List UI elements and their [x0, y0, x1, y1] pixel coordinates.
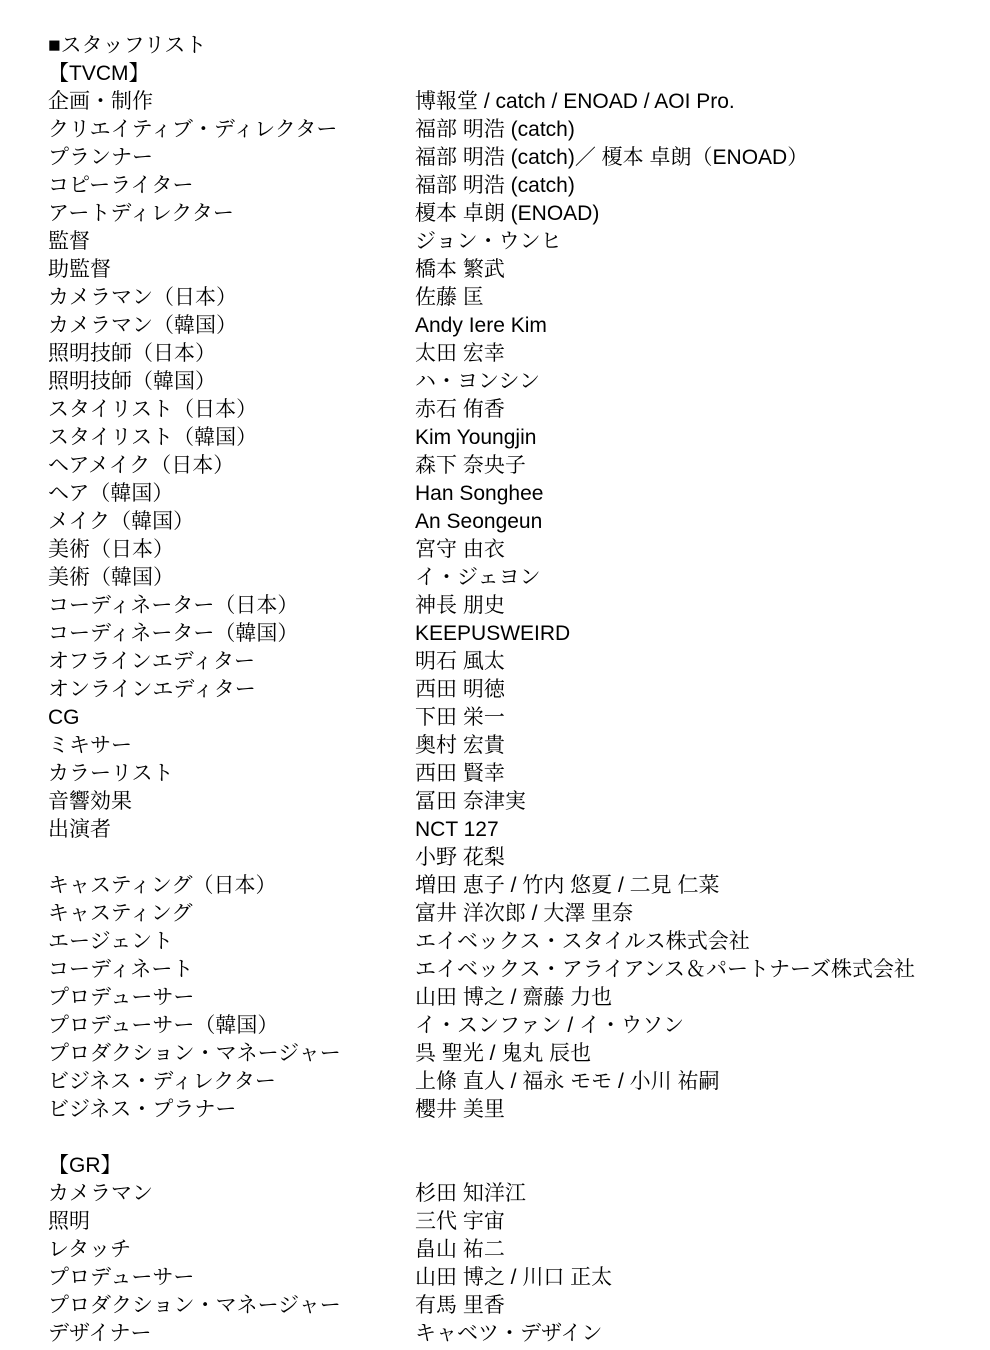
staff-row: ヘア（韓国）Han Songhee [48, 480, 970, 508]
role-label: 美術（日本） [48, 536, 415, 564]
names-value: 有馬 里香 [415, 1292, 970, 1320]
staff-row: プランナー福部 明浩 (catch)／ 榎本 卓朗（ENOAD） [48, 144, 970, 172]
names-value: An Seongeun [415, 508, 970, 536]
staff-row: 企画・制作博報堂 / catch / ENOAD / AOI Pro. [48, 88, 970, 116]
names-value: 橋本 繁武 [415, 256, 970, 284]
staff-row: キャスティング（日本）増田 恵子 / 竹内 悠夏 / 二見 仁菜 [48, 872, 970, 900]
names-value: 森下 奈央子 [415, 452, 970, 480]
names-value: 奥村 宏貴 [415, 732, 970, 760]
role-label: プロデューサー（韓国） [48, 1012, 415, 1040]
names-value: 上條 直人 / 福永 モモ / 小川 祐嗣 [415, 1068, 970, 1096]
role-label: アートディレクター [48, 200, 415, 228]
staff-row: オフラインエディター明石 風太 [48, 648, 970, 676]
role-label: プロデューサー [48, 984, 415, 1012]
staff-list-document: ■スタッフリスト 【TVCM】企画・制作博報堂 / catch / ENOAD … [0, 0, 990, 1350]
staff-row: ミキサー奥村 宏貴 [48, 732, 970, 760]
staff-row: 照明技師（日本）太田 宏幸 [48, 340, 970, 368]
staff-row: オンラインエディター西田 明徳 [48, 676, 970, 704]
role-label: コーディネート [48, 956, 415, 984]
staff-row: コーディネーター（韓国）KEEPUSWEIRD [48, 620, 970, 648]
staff-row: コーディネーター（日本）神長 朋史 [48, 592, 970, 620]
role-label: カメラマン（日本） [48, 284, 415, 312]
staff-row: コピーライター福部 明浩 (catch) [48, 172, 970, 200]
names-value: 神長 朋史 [415, 592, 970, 620]
role-label: エージェント [48, 928, 415, 956]
names-value: 杉田 知洋江 [415, 1180, 970, 1208]
role-label: 助監督 [48, 256, 415, 284]
role-label: デザイナー [48, 1320, 415, 1348]
names-value: Han Songhee [415, 480, 970, 508]
role-label: プロダクション・マネージャー [48, 1292, 415, 1320]
role-label: キャスティング [48, 900, 415, 928]
names-value: 福部 明浩 (catch) [415, 172, 970, 200]
names-value: 山田 博之 / 川口 正太 [415, 1264, 970, 1292]
staff-row: キャスティング富井 洋次郎 / 大澤 里奈 [48, 900, 970, 928]
role-label: キャスティング（日本） [48, 872, 415, 900]
staff-row: メイク（韓国）An Seongeun [48, 508, 970, 536]
names-value: 西田 明徳 [415, 676, 970, 704]
role-label [48, 844, 415, 872]
role-label: CG [48, 704, 415, 732]
section-header: 【GR】 [48, 1152, 970, 1180]
names-value: KEEPUSWEIRD [415, 620, 970, 648]
role-label: スタイリスト（日本） [48, 396, 415, 424]
staff-row: レタッチ畠山 祐二 [48, 1236, 970, 1264]
names-value: 畠山 祐二 [415, 1236, 970, 1264]
staff-row: 美術（韓国）イ・ジェヨン [48, 564, 970, 592]
role-label: 照明技師（日本） [48, 340, 415, 368]
role-label: プランナー [48, 144, 415, 172]
staff-row: プロダクション・マネージャー呉 聖光 / 鬼丸 辰也 [48, 1040, 970, 1068]
names-value: イ・ジェヨン [415, 564, 970, 592]
names-value: ジョン・ウンヒ [415, 228, 970, 256]
staff-row: スタイリスト（韓国）Kim Youngjin [48, 424, 970, 452]
role-label: 美術（韓国） [48, 564, 415, 592]
names-value: イ・スンファン / イ・ウソン [415, 1012, 970, 1040]
role-label: ビジネス・プラナー [48, 1096, 415, 1124]
names-value: NCT 127 [415, 816, 970, 844]
names-value: 小野 花梨 [415, 844, 970, 872]
role-label: スタイリスト（韓国） [48, 424, 415, 452]
names-value: 明石 風太 [415, 648, 970, 676]
staff-row: プロダクション・マネージャー有馬 里香 [48, 1292, 970, 1320]
role-label: 照明技師（韓国） [48, 368, 415, 396]
staff-row: ビジネス・ディレクター上條 直人 / 福永 モモ / 小川 祐嗣 [48, 1068, 970, 1096]
staff-row: 助監督橋本 繁武 [48, 256, 970, 284]
staff-row: コーディネートエイベックス・アライアンス＆パートナーズ株式会社 [48, 956, 970, 984]
names-value: エイベックス・アライアンス＆パートナーズ株式会社 [415, 956, 970, 984]
names-value: ハ・ヨンシン [415, 368, 970, 396]
staff-row: アートディレクター榎本 卓朗 (ENOAD) [48, 200, 970, 228]
section-header: 【TVCM】 [48, 60, 970, 88]
staff-row: クリエイティブ・ディレクター福部 明浩 (catch) [48, 116, 970, 144]
staff-row: 美術（日本）宮守 由衣 [48, 536, 970, 564]
names-value: 宮守 由衣 [415, 536, 970, 564]
names-value: 冨田 奈津実 [415, 788, 970, 816]
names-value: 佐藤 匡 [415, 284, 970, 312]
role-label: クリエイティブ・ディレクター [48, 116, 415, 144]
staff-row: プロデューサー山田 博之 / 齋藤 力也 [48, 984, 970, 1012]
page-title: ■スタッフリスト [48, 32, 970, 60]
staff-row: カメラマン（韓国）Andy Iere Kim [48, 312, 970, 340]
role-label: コピーライター [48, 172, 415, 200]
role-label: プロデューサー [48, 1264, 415, 1292]
staff-row: 音響効果冨田 奈津実 [48, 788, 970, 816]
names-value: Kim Youngjin [415, 424, 970, 452]
role-label: レタッチ [48, 1236, 415, 1264]
staff-row: CG下田 栄一 [48, 704, 970, 732]
names-value: キャベツ・デザイン [415, 1320, 970, 1348]
staff-row: カラーリスト西田 賢幸 [48, 760, 970, 788]
names-value: 櫻井 美里 [415, 1096, 970, 1124]
names-value: 福部 明浩 (catch) [415, 116, 970, 144]
role-label: ミキサー [48, 732, 415, 760]
role-label: カメラマン [48, 1180, 415, 1208]
names-value: 赤石 侑香 [415, 396, 970, 424]
staff-row: 小野 花梨 [48, 844, 970, 872]
names-value: 福部 明浩 (catch)／ 榎本 卓朗（ENOAD） [415, 144, 970, 172]
role-label: ヘアメイク（日本） [48, 452, 415, 480]
names-value: 下田 栄一 [415, 704, 970, 732]
staff-row: カメラマン（日本）佐藤 匡 [48, 284, 970, 312]
staff-row: ビジネス・プラナー櫻井 美里 [48, 1096, 970, 1124]
staff-row: 監督ジョン・ウンヒ [48, 228, 970, 256]
role-label: コーディネーター（韓国） [48, 620, 415, 648]
names-value: エイベックス・スタイルス株式会社 [415, 928, 970, 956]
role-label: 出演者 [48, 816, 415, 844]
staff-row: ヘアメイク（日本）森下 奈央子 [48, 452, 970, 480]
names-value: Andy Iere Kim [415, 312, 970, 340]
role-label: コーディネーター（日本） [48, 592, 415, 620]
names-value: 富井 洋次郎 / 大澤 里奈 [415, 900, 970, 928]
staff-row: 照明三代 宇宙 [48, 1208, 970, 1236]
role-label: 照明 [48, 1208, 415, 1236]
role-label: カラーリスト [48, 760, 415, 788]
staff-row: カメラマン杉田 知洋江 [48, 1180, 970, 1208]
names-value: 榎本 卓朗 (ENOAD) [415, 200, 970, 228]
staff-row: プロデューサー山田 博之 / 川口 正太 [48, 1264, 970, 1292]
section-gap [48, 1124, 970, 1152]
names-value: 増田 恵子 / 竹内 悠夏 / 二見 仁菜 [415, 872, 970, 900]
role-label: カメラマン（韓国） [48, 312, 415, 340]
role-label: オフラインエディター [48, 648, 415, 676]
staff-row: スタイリスト（日本）赤石 侑香 [48, 396, 970, 424]
role-label: 企画・制作 [48, 88, 415, 116]
staff-row: プロデューサー（韓国）イ・スンファン / イ・ウソン [48, 1012, 970, 1040]
role-label: ビジネス・ディレクター [48, 1068, 415, 1096]
names-value: 山田 博之 / 齋藤 力也 [415, 984, 970, 1012]
staff-row: デザイナーキャベツ・デザイン [48, 1320, 970, 1348]
role-label: 監督 [48, 228, 415, 256]
staff-row: 出演者NCT 127 [48, 816, 970, 844]
names-value: 西田 賢幸 [415, 760, 970, 788]
names-value: 呉 聖光 / 鬼丸 辰也 [415, 1040, 970, 1068]
sections-container: 【TVCM】企画・制作博報堂 / catch / ENOAD / AOI Pro… [48, 60, 970, 1348]
staff-row: エージェントエイベックス・スタイルス株式会社 [48, 928, 970, 956]
staff-row: 照明技師（韓国）ハ・ヨンシン [48, 368, 970, 396]
role-label: ヘア（韓国） [48, 480, 415, 508]
role-label: メイク（韓国） [48, 508, 415, 536]
role-label: プロダクション・マネージャー [48, 1040, 415, 1068]
names-value: 博報堂 / catch / ENOAD / AOI Pro. [415, 88, 970, 116]
role-label: 音響効果 [48, 788, 415, 816]
names-value: 三代 宇宙 [415, 1208, 970, 1236]
names-value: 太田 宏幸 [415, 340, 970, 368]
role-label: オンラインエディター [48, 676, 415, 704]
